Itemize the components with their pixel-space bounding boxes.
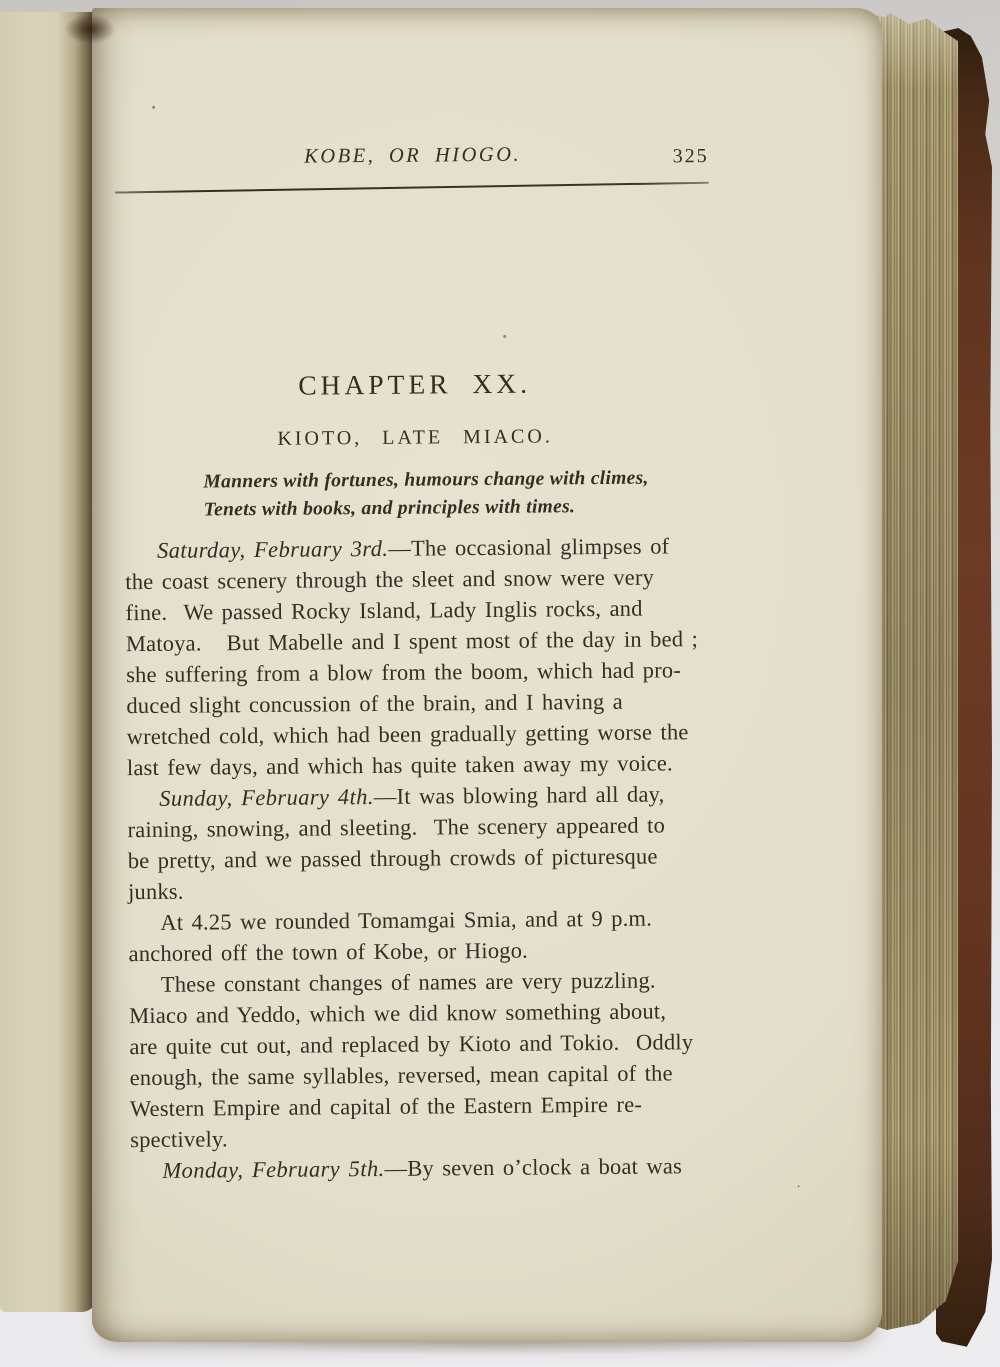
page-number: 325: [673, 145, 709, 168]
line-text: Miaco and Yeddo, which we did know somet…: [129, 998, 666, 1028]
running-header-row: KOBE, OR HIOGO. 325: [115, 142, 711, 177]
body-line: Monday, February 5th.—By seven o’clock a…: [130, 1150, 742, 1186]
chapter-heading: CHAPTER XX.: [116, 366, 712, 403]
date-lead: Sunday, February 4th.: [159, 784, 374, 811]
line-text: wretched cold, which had been gradually …: [127, 719, 689, 749]
book-page: KOBE, OR HIOGO. 325 CHAPTER XX. KIOTO, L…: [92, 8, 882, 1342]
epigraph: Manners with fortunes, humours change wi…: [203, 465, 649, 525]
epigraph-line: Tenets with books, and principles with t…: [204, 493, 649, 525]
page-content: KOBE, OR HIOGO. 325 CHAPTER XX. KIOTO, L…: [87, 5, 889, 1346]
line-text: enough, the same syllables, reversed, me…: [130, 1060, 673, 1090]
line-text: junks.: [128, 879, 184, 904]
line-text: last few days, and which has quite taken…: [127, 750, 673, 780]
date-lead: Monday, February 5th.: [162, 1156, 384, 1183]
epigraph-line: Manners with fortunes, humours change wi…: [203, 465, 648, 497]
line-text: —The occasional glimpses of: [388, 533, 669, 560]
left-page-edge: [0, 12, 96, 1312]
line-text: she suffering from a blow from the boom,…: [126, 657, 681, 687]
line-text: anchored off the town of Kobe, or Hiogo.: [128, 938, 528, 966]
line-text: Western Empire and capital of the Easter…: [130, 1092, 642, 1121]
header-rule: [115, 182, 709, 194]
date-lead: Saturday, February 3rd.: [157, 536, 388, 563]
chapter-subtitle: KIOTO, LATE MIACO.: [117, 424, 713, 452]
line-text: are quite cut out, and replaced by Kioto…: [129, 1029, 693, 1059]
line-text: duced slight concussion of the brain, an…: [126, 689, 623, 718]
line-text: —It was blowing hard all day,: [374, 781, 665, 809]
body-line: the coast scenery through the sleet and …: [125, 561, 737, 597]
line-text: fine. We passed Rocky Island, Lady Ingli…: [125, 596, 642, 626]
line-text: Matoya. But Mabelle and I spent most of …: [126, 626, 698, 656]
photo-backdrop: KOBE, OR HIOGO. 325 CHAPTER XX. KIOTO, L…: [0, 0, 1000, 1367]
running-header: KOBE, OR HIOGO.: [115, 142, 711, 170]
body-line: enough, the same syllables, reversed, me…: [130, 1057, 742, 1093]
book: KOBE, OR HIOGO. 325 CHAPTER XX. KIOTO, L…: [0, 0, 1000, 1367]
line-text: These constant changes of names are very…: [161, 968, 656, 997]
line-text: raining, snowing, and sleeting. The scen…: [127, 812, 665, 842]
body-line: be pretty, and we passed through crowds …: [128, 840, 740, 876]
line-text: —By seven o’clock a boat was: [384, 1153, 682, 1181]
paper-speck: [503, 335, 506, 338]
line-text: the coast scenery through the sleet and …: [125, 565, 654, 595]
paper-speck: [798, 1185, 800, 1187]
line-text: spectively.: [130, 1126, 228, 1152]
line-text: At 4.25 we rounded Tomamgai Smia, and at…: [160, 906, 652, 935]
body-line: she suffering from a blow from the boom,…: [126, 654, 738, 690]
body-line: At 4.25 we rounded Tomamgai Smia, and at…: [128, 902, 740, 938]
body-text: Saturday, February 3rd.—The occasional g…: [125, 530, 743, 1186]
line-text: be pretty, and we passed through crowds …: [128, 844, 658, 874]
gutter-shadow: [55, 8, 125, 50]
paper-speck: [152, 106, 155, 109]
